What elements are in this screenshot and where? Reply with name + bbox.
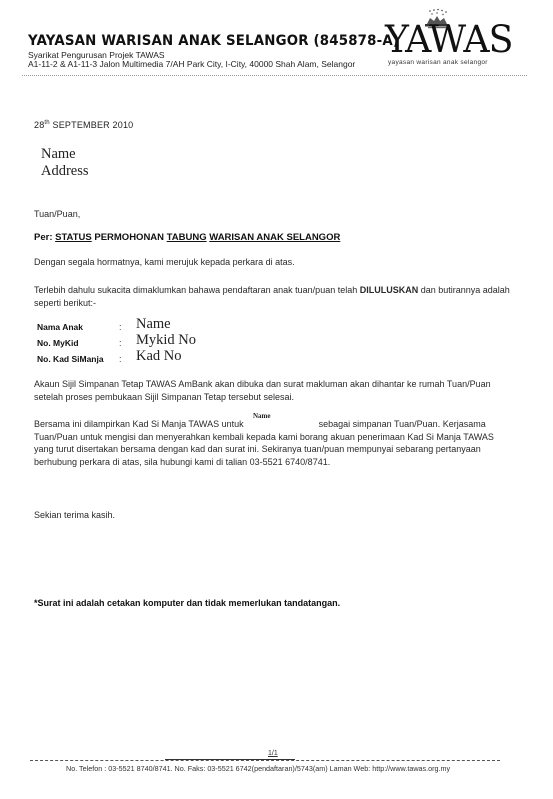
account-paragraph: Akaun Sijil Simpanan Tetap TAWAS AmBank … (34, 378, 512, 403)
footer-divider (30, 760, 500, 761)
header-divider (22, 75, 527, 76)
footer-contact: No. Telefon : 03-5521 8740/8741. No. Fak… (66, 764, 450, 773)
organization-address: A1-11-2 & A1-11-3 Jalon Multimedia 7/AH … (28, 59, 355, 69)
subject-prefix: Per: (34, 232, 55, 243)
detail-value: Name (136, 316, 196, 332)
subject-part: STATUS (55, 232, 92, 243)
footer-divider-accent (165, 759, 295, 760)
detail-value: Kad No (136, 348, 196, 364)
subject-part: TABUNG (167, 232, 207, 243)
detail-label: Nama Anak (37, 316, 119, 332)
page-marker: 1/1 (268, 750, 278, 757)
date-month-year: SEPTEMBER 2010 (50, 120, 134, 130)
logo-tagline: yayasan warisan anak selangor (388, 59, 488, 66)
detail-row: No. MyKid : Mykid No (37, 332, 196, 348)
date-day: 28 (34, 120, 44, 130)
computer-generated-note: *Surat ini adalah cetakan komputer dan t… (34, 598, 340, 608)
salutation: Tuan/Puan, (34, 208, 80, 221)
inline-child-name: Name (253, 410, 271, 423)
child-details: Nama Anak : Name No. MyKid : Mykid No No… (37, 316, 196, 364)
organization-name: YAYASAN WARISAN ANAK SELANGOR (845878-A) (28, 33, 399, 49)
detail-row: Nama Anak : Name (37, 316, 196, 332)
approval-paragraph: Terlebih dahulu sukacita dimaklumkan bah… (34, 284, 512, 309)
approval-status: DILULUSKAN (360, 285, 419, 295)
approval-text: Terlebih dahulu sukacita dimaklumkan bah… (34, 285, 360, 295)
detail-row: No. Kad SiManja : Kad No (37, 348, 196, 364)
yawas-logo: YAWAS (385, 21, 512, 58)
card-paragraph: Name Bersama ini dilampirkan Kad Si Manj… (34, 418, 514, 468)
detail-label: No. Kad SiManja (37, 348, 119, 364)
closing: Sekian terima kasih. (34, 509, 115, 522)
subject-part: WARISAN ANAK SELANGOR (209, 232, 340, 243)
subject-part: PERMOHONAN (92, 232, 167, 243)
detail-label: No. MyKid (37, 332, 119, 348)
detail-value: Mykid No (136, 332, 196, 348)
opening-paragraph: Dengan segala hormatnya, kami merujuk ke… (34, 256, 295, 269)
recipient-address: Address (41, 163, 89, 180)
subject-line: Per: STATUS PERMOHONAN TABUNG WARISAN AN… (34, 232, 340, 243)
card-paragraph-text: Bersama ini dilampirkan Kad Si Manja TAW… (34, 419, 496, 467)
letter-date: 28th SEPTEMBER 2010 (34, 120, 133, 130)
detail-colon: : (119, 348, 136, 364)
detail-colon: : (119, 332, 136, 348)
detail-colon: : (119, 316, 136, 332)
recipient-name: Name (41, 146, 76, 163)
